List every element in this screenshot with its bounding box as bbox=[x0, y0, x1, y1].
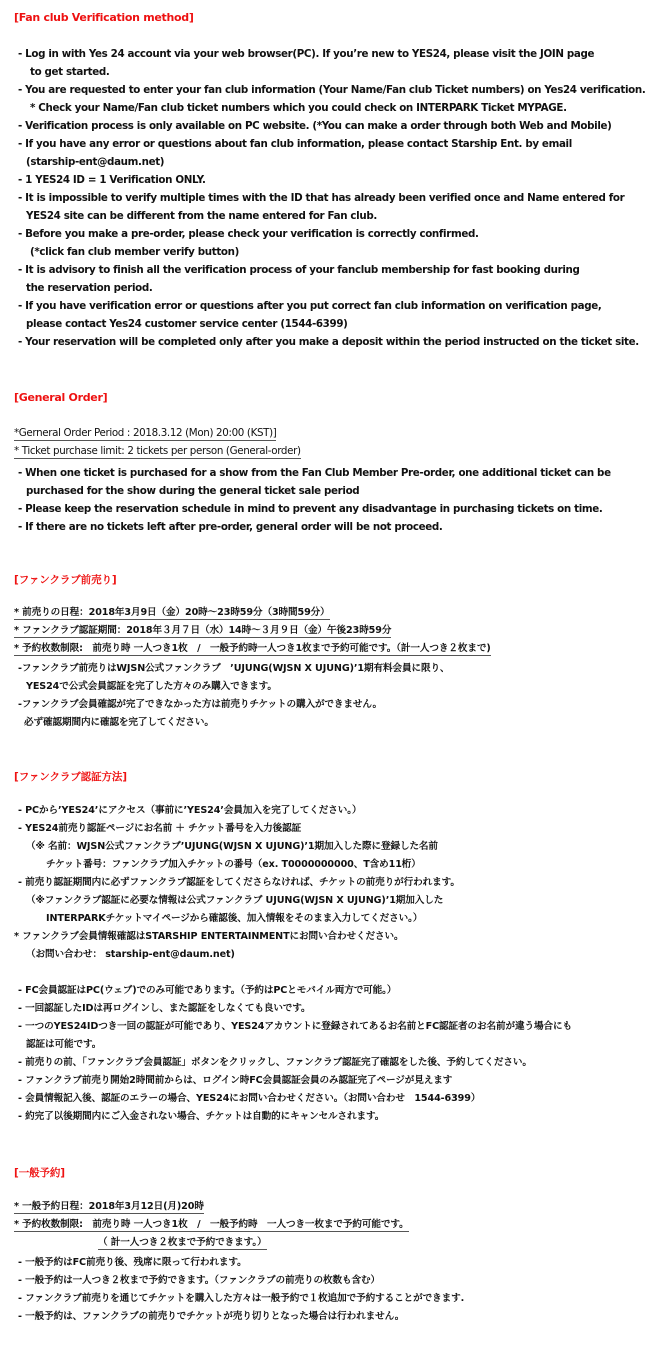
presale-schedule: * 前売りの日程：2018年3月9日（金）20時～23時59分（3時間59分） bbox=[14, 607, 330, 620]
text-line: the reservation period. bbox=[26, 281, 152, 295]
general-order-period: *Gerneral Order Period : 2018.3.12 (Mon)… bbox=[14, 427, 276, 441]
text-line: YES24で公式会員認証を完了した方々のみ購入できます。 bbox=[26, 680, 277, 694]
text-line: - FC会員認証はPC(ウェブ)でのみ可能であります。（予約はPCとモバイル両方… bbox=[18, 984, 396, 998]
section-heading-fanclub-verification: [Fan club Verification method] bbox=[14, 11, 194, 24]
text-line: - 一般予約はFC前売り後、残席に限って行われます。 bbox=[18, 1256, 247, 1270]
email-text: （お問い合わせ： starship-ent@daum.net) bbox=[26, 948, 235, 962]
fanclub-verify-period: * ファンクラブ認証期間：2018年３月７日（水）14時～３月９日（金）午後23… bbox=[14, 625, 391, 638]
reservation-limit: * 予約枚数制限: 前売り時 一人つき1枚 / 一般予約時 一人つき一枚まで予約… bbox=[14, 1219, 409, 1232]
text-line: - 一般予約は、ファンクラブの前売りでチケットが売り切りとなった場合は行われませ… bbox=[18, 1310, 404, 1324]
text-line: - Please keep the reservation schedule i… bbox=[18, 502, 602, 516]
section-heading-fanclub-presale-jp: [ファンクラブ前売り] bbox=[14, 572, 117, 587]
text-line: - It is impossible to verify multiple ti… bbox=[18, 191, 624, 205]
text-line: 認証は可能です。 bbox=[26, 1038, 101, 1052]
text-line: - 前売りの前、「ファンクラブ会員認証」ボタンをクリックし、ファンクラブ認証完了… bbox=[18, 1056, 532, 1070]
reservation-limit: * 予約枚数制限: 前売り時 一人つき1枚 / 一般予約時一人つき1枚まで予約可… bbox=[14, 643, 491, 656]
text-line: INTERPARKチケットマイページから確認後、加入情報をそのまま入力してくださ… bbox=[46, 912, 422, 926]
text-line: - If there are no tickets left after pre… bbox=[18, 520, 442, 534]
text-line: - 会員情報記入後、認証のエラーの場合、YES24にお問い合わせください。（お問… bbox=[18, 1092, 480, 1106]
text-line: YES24 site can be different from the nam… bbox=[26, 209, 377, 223]
text-line: （※ 名前：WJSN公式ファンクラブ’UJUNG(WJSN X UJUNG)’1… bbox=[26, 840, 438, 854]
text-line: please contact Yes24 customer service ce… bbox=[26, 317, 348, 331]
text-line: -ファンクラブ会員確認が完了できなかった方は前売りチケットの購入ができません。 bbox=[18, 698, 382, 712]
text-line: (*click fan club member verify button) bbox=[30, 245, 239, 259]
text-line: - PCから’YES24’にアクセス（事前に’YES24’会員加入を完了してくだ… bbox=[18, 804, 361, 818]
text-line: to get started. bbox=[30, 65, 109, 79]
text-line: - 一回認証したIDは再ログインし、また認証をしなくても良いです。 bbox=[18, 1002, 311, 1016]
text-line: - If you have any error or questions abo… bbox=[18, 137, 572, 151]
text-line: -ファンクラブ前売りはWJSN公式ファンクラブ ’UJUNG(WJSN X UJ… bbox=[18, 662, 449, 676]
text-line: - Your reservation will be completed onl… bbox=[18, 335, 639, 349]
text-line: - ファンクラブ前売りを通じてチケットを購入した方々は一般予約で１枚追加で予約す… bbox=[18, 1292, 464, 1306]
ticket-purchase-limit: * Ticket purchase limit: 2 tickets per p… bbox=[14, 445, 301, 459]
text-line: purchased for the show during the genera… bbox=[26, 484, 359, 498]
email-text: (starship-ent@daum.net) bbox=[26, 155, 164, 169]
text-line: - 1 YES24 ID = 1 Verification ONLY. bbox=[18, 173, 206, 187]
text-line: - Verification process is only available… bbox=[18, 119, 612, 133]
text-line: * Check your Name/Fan club ticket number… bbox=[30, 101, 567, 115]
text-line: 必ず確認期間内に確認を完了してください。 bbox=[24, 716, 214, 730]
text-line: - YES24前売り認証ページにお名前 ＋ チケット番号を入力後認証 bbox=[18, 822, 301, 836]
text-line: - Log in with Yes 24 account via your we… bbox=[18, 47, 594, 61]
text-line: - 約完了以後期間内にご入金されない場合、チケットは自動的にキャンセルされます。 bbox=[18, 1110, 384, 1124]
text-line: - 前売り認証期間内に必ずファンクラブ認証をしてくださらなければ、チケットの前売… bbox=[18, 876, 460, 890]
general-reservation-schedule: * 一般予約日程：2018年3月12日(月)20時 bbox=[14, 1201, 204, 1214]
text-line: チケット番号：ファンクラブ加入チケットの番号（ex. T0000000000、T… bbox=[46, 858, 421, 872]
text-line: - 一般予約は一人つき２枚まで予約できます。（ファンクラブの前売りの枚数も含む） bbox=[18, 1274, 380, 1288]
text-line: - Before you make a pre-order, please ch… bbox=[18, 227, 479, 241]
reservation-total-limit: （ 計一人つき２枚まで予約できます。） bbox=[98, 1237, 267, 1250]
section-heading-general-order: [General Order] bbox=[14, 391, 107, 404]
text-line: （※ファンクラブ認証に必要な情報は公式ファンクラブ UJUNG(WJSN X U… bbox=[26, 894, 443, 908]
text-line: - 一つのYES24IDつき一回の認証が可能であり、YES24アカウントに登録さ… bbox=[18, 1020, 572, 1034]
text-line: - You are requested to enter your fan cl… bbox=[18, 83, 645, 97]
text-line: - If you have verification error or ques… bbox=[18, 299, 601, 313]
text-line: - When one ticket is purchased for a sho… bbox=[18, 466, 611, 480]
section-heading-fanclub-verification-jp: [ファンクラブ認証方法] bbox=[14, 769, 127, 784]
section-heading-general-reservation-jp: [一般予約] bbox=[14, 1165, 65, 1180]
text-line: * ファンクラブ会員情報確認はSTARSHIP ENTERTAINMENTにお問… bbox=[14, 930, 403, 944]
text-line: - It is advisory to finish all the verif… bbox=[18, 263, 580, 277]
text-line: - ファンクラブ前売り開始2時間前からは、ログイン時FC会員認証会員のみ認証完了… bbox=[18, 1074, 452, 1088]
